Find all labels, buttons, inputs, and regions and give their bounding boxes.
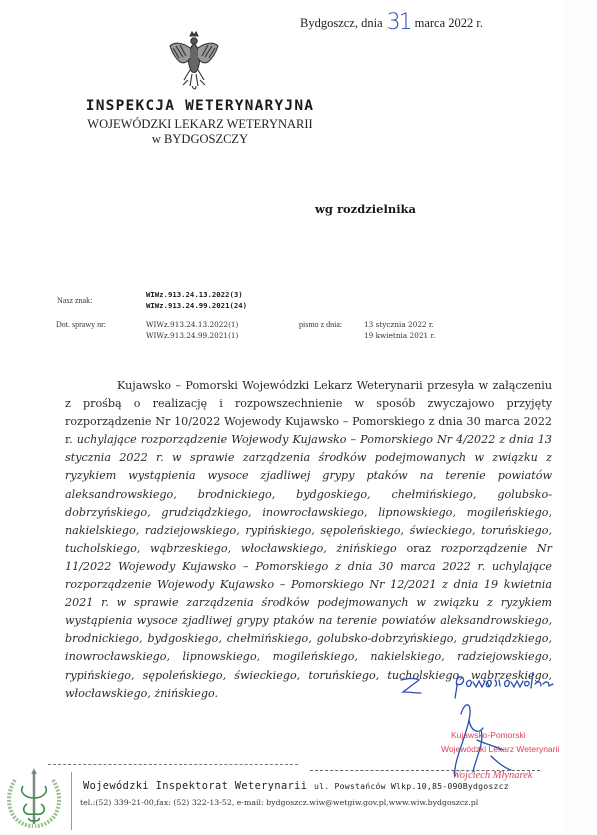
case-value: WIWz.913.24.13.2022(1) bbox=[146, 319, 238, 330]
letter-body: Kujawsko – Pomorski Wojewódzki Lekarz We… bbox=[65, 377, 552, 703]
handwritten-day: 31 bbox=[387, 10, 411, 35]
caduceus-logo-icon bbox=[5, 768, 63, 830]
our-sign-value: WIWz.913.24.13.2022(3) bbox=[146, 289, 247, 300]
handwritten-signature-icon bbox=[395, 672, 595, 782]
our-sign-value: WIWz.913.24.99.2021(24) bbox=[146, 300, 247, 311]
case-label: Dot. sprawy nr: bbox=[56, 320, 106, 329]
footer-divider bbox=[48, 764, 298, 765]
place-date-prefix: Bydgoszcz, dnia bbox=[300, 16, 383, 30]
org-subtitle: WOJEWÓDZKI LEKARZ WETERYNARII bbox=[60, 117, 340, 132]
org-location: w BYDGOSZCZY bbox=[60, 132, 340, 147]
footer-org-name: Wojewódzki Inspektorat Weterynarii bbox=[83, 780, 307, 792]
org-title: INSPEKCJA WETERYNARYJNA bbox=[60, 98, 340, 114]
letter-date-value: 13 stycznia 2022 r. bbox=[364, 319, 435, 330]
our-sign-values: WIWz.913.24.13.2022(3) WIWz.913.24.99.20… bbox=[146, 289, 247, 311]
place-date: Bydgoszcz, dnia31marca 2022 r. bbox=[300, 8, 483, 33]
footer-vertical-divider bbox=[71, 772, 72, 830]
case-values: WIWz.913.24.13.2022(1) WIWz.913.24.99.20… bbox=[146, 319, 238, 341]
footer-org: Wojewódzki Inspektorat Weterynarii ul. P… bbox=[83, 780, 509, 792]
footer-address: ul. Powstańców Wlkp.10,85-090Bydgoszcz bbox=[314, 781, 509, 791]
body-paragraph: Kujawsko – Pomorski Wojewódzki Lekarz We… bbox=[65, 377, 552, 703]
footer-contact: tel.:(52) 339-21-00,fax: (52) 322-13-52,… bbox=[80, 798, 478, 807]
place-date-suffix: marca 2022 r. bbox=[415, 16, 483, 30]
letter-date-value: 19 kwietnia 2021 r. bbox=[364, 330, 435, 341]
case-value: WIWz.913.24.99.2021(1) bbox=[146, 330, 238, 341]
body-text-italic: uchylające rozporządzenie Wojewody Kujaw… bbox=[65, 433, 552, 555]
body-text-regular: oraz bbox=[406, 542, 431, 555]
addressee: wg rozdzielnika bbox=[315, 202, 416, 216]
polish-eagle-icon bbox=[166, 30, 222, 92]
letter-date-values: 13 stycznia 2022 r. 19 kwietnia 2021 r. bbox=[364, 319, 435, 341]
our-sign-label: Nasz znak: bbox=[57, 296, 92, 305]
letter-date-label: pismo z dnia: bbox=[299, 320, 342, 329]
